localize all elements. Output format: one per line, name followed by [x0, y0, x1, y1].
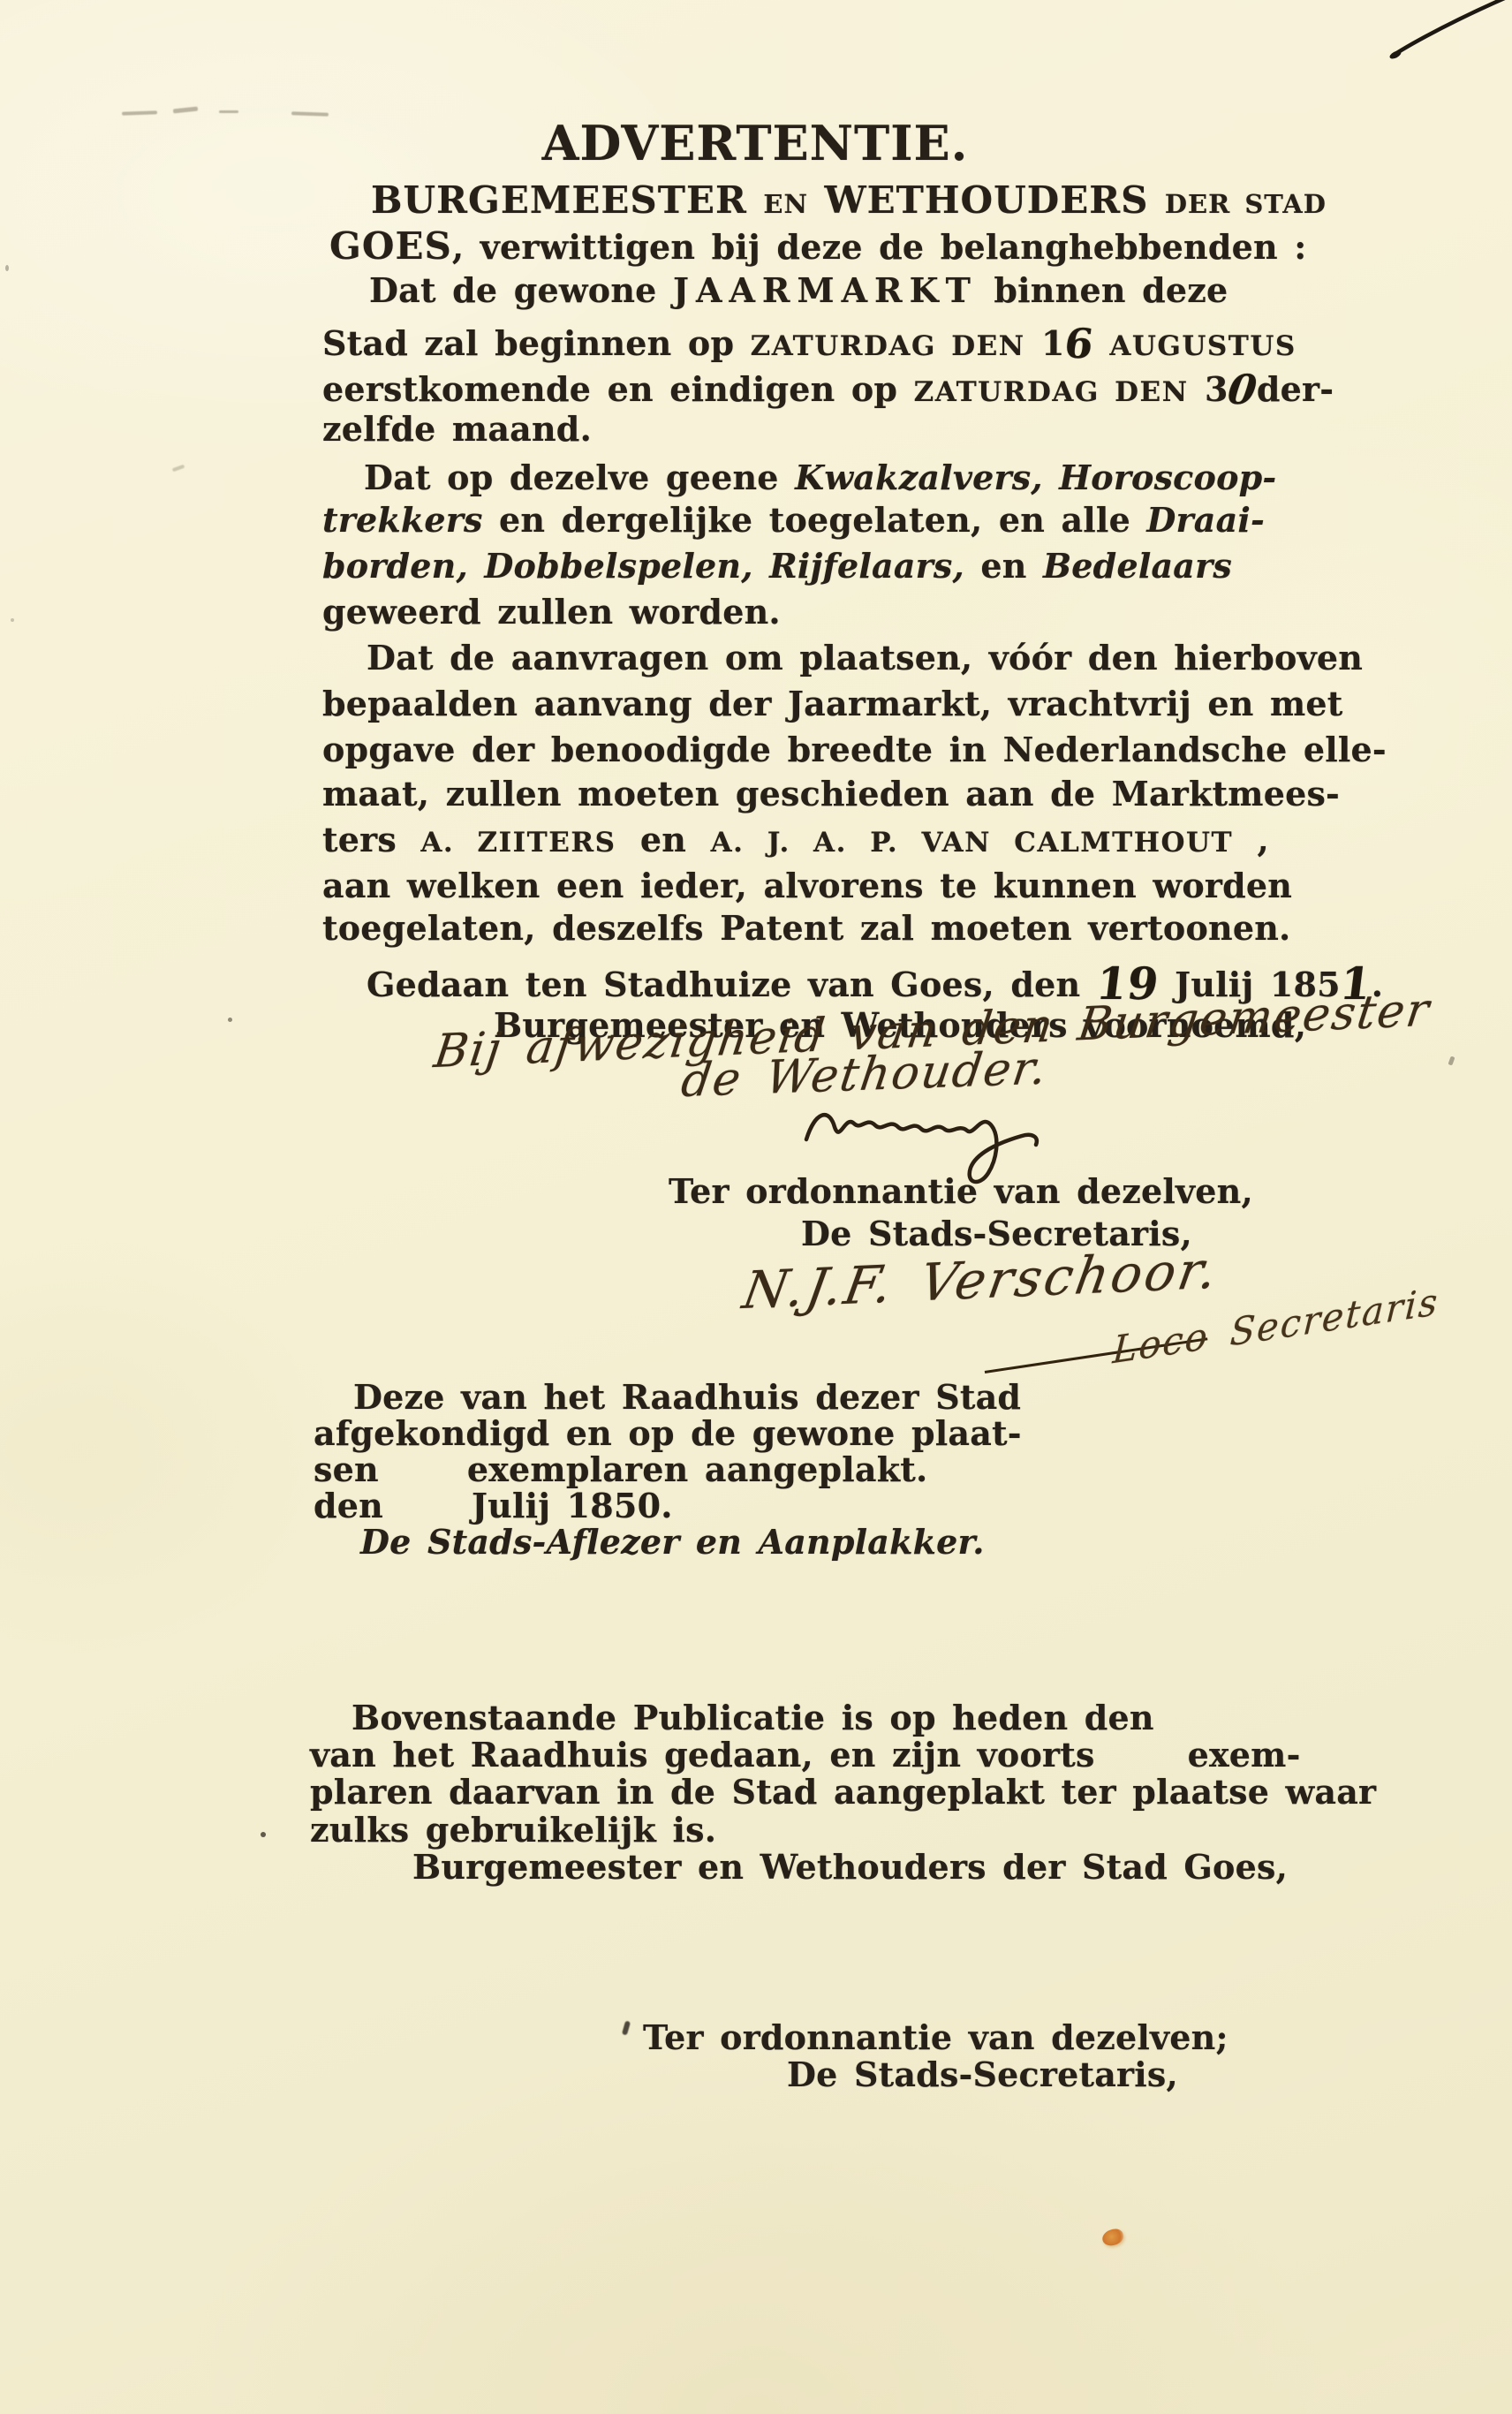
body-line-15a: ters [322, 820, 420, 859]
body-line-14: maat, zullen moeten geschieden aan de Ma… [322, 777, 1340, 811]
name-van-calmthout: A. J. A. P. VAN CALMTHOUT [711, 827, 1234, 859]
body-line-17: toegelaten, deszelfs Patent zal moeten v… [322, 912, 1290, 945]
word-borden: borden, [322, 546, 468, 586]
posting-line-4: denJulij 1850. [314, 1489, 673, 1523]
word-bedelaars: Bedelaars [1043, 546, 1232, 586]
body-line-5c: 3 [1189, 369, 1228, 409]
word-augustus: AUGUSTUS [1109, 330, 1296, 362]
body-line-5a: eerstkomende en eindigen op [322, 369, 914, 409]
paper-smudge [172, 465, 185, 473]
posting-line-1: Deze van het Raadhuis dezer Stad [353, 1381, 1021, 1414]
body-line-4c: 1 [1025, 323, 1065, 363]
body-line-10: geweerd zullen worden. [322, 595, 781, 629]
paper-smudge [219, 110, 238, 113]
body-line-13: opgave der benoodigde breedte in Nederla… [322, 733, 1387, 767]
body-line-9f: en [964, 546, 1043, 586]
intro-line-2: GOES, verwittigen bij deze de belanghebb… [329, 228, 1307, 265]
body-line-8: trekkers en dergelijke toegelaten, en al… [322, 503, 1265, 537]
publication-line-2a: van het Raadhuis gedaan, en zijn voorts [310, 1735, 1095, 1775]
body-line-5: eerstkomende en eindigen op ZATURDAG DEN… [322, 367, 1334, 407]
scanned-notice-page: ADVERTENTIE. BURGEMEESTER EN WETHOUDERS … [0, 0, 1512, 2414]
handwritten-digit-0: 0 [1225, 369, 1259, 410]
paper-smudge [173, 107, 198, 114]
body-line-4a: Stad zal beginnen op [322, 323, 751, 363]
posting-line-4a: den [314, 1486, 383, 1525]
intro-line-1: BURGEMEESTER EN WETHOUDERS DER STAD [371, 182, 1327, 219]
posting-line-3b: exemplaren aangeplakt. [467, 1449, 928, 1489]
body-line-4e [1093, 323, 1109, 363]
word-rijfelaars: Rijfelaars, [769, 546, 964, 586]
publication-line-2: van het Raadhuis gedaan, en zijn voortse… [310, 1738, 1301, 1772]
pen-stroke-top-right [1387, 0, 1512, 64]
body-line-3c: binnen deze [978, 270, 1228, 310]
publication-line-3: plaren daarvan in de Stad aangeplakt ter… [310, 1775, 1376, 1809]
intro-line-2-text: , verwittigen bij deze de belanghebbende… [452, 227, 1307, 267]
body-line-5e: der- [1257, 369, 1334, 409]
body-line-3a: Dat de gewone [369, 270, 673, 310]
word-goes: GOES [329, 224, 452, 268]
word-dobbelspelen: Dobbelspelen, [484, 546, 752, 586]
posting-signoff: De Stads-Aflezer en Aanplakker. [360, 1525, 985, 1559]
word-zaturdag-den-1: ZATURDAG DEN [751, 330, 1025, 362]
body-line-11: Dat de aanvragen om plaatsen, vóór den h… [367, 641, 1363, 675]
paper-speck [1448, 1056, 1455, 1065]
word-draai: Draai- [1146, 500, 1265, 540]
body-line-15: ters A. ZIITERS en A. J. A. P. VAN CALMT… [322, 823, 1269, 857]
publication-line-2b: exem- [1188, 1735, 1301, 1775]
body-line-7a: Dat op dezelve geene [364, 458, 795, 497]
word-wethouders: WETHOUDERS [824, 178, 1148, 222]
ink-dot [228, 1018, 232, 1022]
body-line-15e: , [1233, 820, 1269, 859]
posting-line-2: afgekondigd en op de gewone plaat- [314, 1417, 1022, 1450]
body-line-9b [468, 546, 484, 586]
publication-line-4: zulks gebruikelijk is. [310, 1813, 716, 1847]
body-line-16: aan welken een ieder, alvorens te kunnen… [322, 869, 1292, 903]
ordonnantie2-line-1: Ter ordonnantie van dezelven; [643, 2021, 1228, 2055]
body-line-12: bepaalden aanvang der Jaarmarkt, vrachtv… [322, 687, 1343, 721]
body-line-6: zelfde maand. [322, 412, 592, 446]
handwritten-digit-6: 6 [1062, 323, 1095, 364]
publication-signoff: Burgemeester en Wethouders der Stad Goes… [412, 1850, 1288, 1884]
word-der-stad: DER STAD [1165, 189, 1327, 219]
word-horoscoop: Horoscoop- [1059, 458, 1276, 497]
body-line-15c: en [616, 820, 711, 859]
paper-smudge [122, 110, 157, 115]
body-line-8b: en dergelijke toegelaten, en alle [483, 500, 1147, 540]
body-line-9d [753, 546, 769, 586]
secretary-signature: N.J.F. Verschoor. [739, 1244, 1223, 1316]
paper-smudge [291, 111, 329, 116]
publication-line-1: Bovenstaande Publicatie is op heden den [352, 1701, 1154, 1735]
page-title: ADVERTENTIE. [322, 119, 1188, 167]
ordonnantie2-line-2: De Stads-Secretaris, [787, 2058, 1178, 2092]
paper-speck [5, 265, 9, 271]
posting-line-3a: sen [314, 1449, 379, 1489]
word-burgemeester: BURGEMEESTER [371, 178, 747, 222]
word-kwakzalvers: Kwakzalvers, [795, 458, 1043, 497]
body-line-4: Stad zal beginnen op ZATURDAG DEN 16 AUG… [322, 321, 1297, 361]
paper-speck [11, 618, 14, 622]
body-line-9: borden, Dobbelspelen, Rijfelaars, en Bed… [322, 549, 1232, 583]
ink-dot [261, 1832, 266, 1837]
ordonnantie-line-1: Ter ordonnantie van dezelven, [669, 1175, 1253, 1208]
body-line-3: Dat de gewone JAARMARKT binnen deze [369, 274, 1228, 307]
dateline-text: Gedaan ten Stadhuize van Goes, den [367, 965, 1097, 1004]
ink-tick [622, 2020, 631, 2035]
word-trekkers: trekkers [322, 500, 483, 540]
body-line-7: Dat op dezelve geene Kwakzalvers, Horosc… [364, 461, 1276, 495]
word-zaturdag-den-2: ZATURDAG DEN [914, 376, 1189, 408]
name-ziiters: A. ZIITERS [420, 827, 616, 859]
word-jaarmarkt: JAARMARKT [673, 270, 978, 310]
orange-stain [1100, 2228, 1124, 2248]
word-en: EN [763, 189, 808, 219]
body-line-7c [1043, 458, 1059, 497]
posting-line-3: senexemplaren aangeplakt. [314, 1453, 927, 1487]
posting-line-4b: Julij 1850. [472, 1486, 673, 1525]
